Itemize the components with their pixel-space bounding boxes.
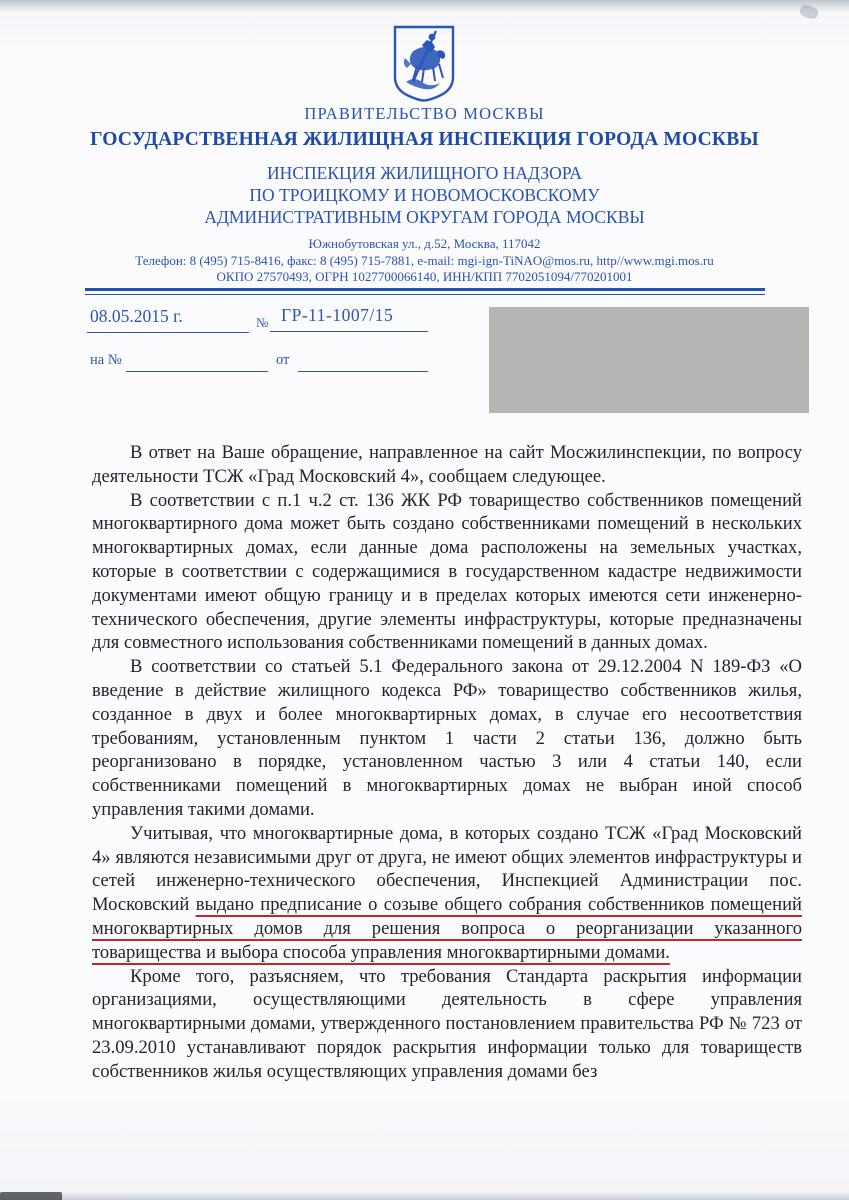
division-title: ИНСПЕКЦИЯ ЖИЛИЩНОГО НАДЗОРА ПО ТРОИЦКОМУ… <box>0 162 849 228</box>
division-title-line3: АДМИНИСТРАТИВНЫМ ОКРУГАМ ГОРОДА МОСКВЫ <box>0 206 849 228</box>
scan-edge-bottom <box>0 1191 849 1200</box>
address-line: Южнобутовская ул., д.52, Москва, 117042 <box>0 236 849 253</box>
scanned-letter-page: ПРАВИТЕЛЬСТВО МОСКВЫ ГОСУДАРСТВЕННАЯ ЖИЛ… <box>0 0 849 1200</box>
registration-line: ОКПО 27570493, ОГРН 1027700066140, ИНН/К… <box>0 269 849 286</box>
phone-line: Телефон: 8 (495) 715-8416, факс: 8 (495)… <box>0 253 849 270</box>
reply-to-underline <box>126 371 268 372</box>
reply-from-underline <box>298 371 428 372</box>
prescription-underlined-text: выдано предписание о созыве общего собра… <box>92 894 802 963</box>
paragraph-disclosure-standard: Кроме того, разъясняем, что требования С… <box>92 965 802 1084</box>
moscow-coat-of-arms-icon <box>391 24 457 102</box>
paragraph-federal-law: В соответствии со статьей 5.1 Федерально… <box>92 655 802 822</box>
contact-block: Южнобутовская ул., д.52, Москва, 117042 … <box>0 236 849 286</box>
scan-artifact-bottom-left <box>0 1192 62 1200</box>
redacted-recipient-block <box>489 307 809 413</box>
letter-date: 08.05.2015 г. <box>90 306 183 327</box>
reply-to-label: на № <box>90 352 122 369</box>
division-title-line1: ИНСПЕКЦИЯ ЖИЛИЩНОГО НАДЗОРА <box>0 162 849 184</box>
paragraph-intro: В ответ на Ваше обращение, направленное … <box>92 441 802 489</box>
reply-from-label: от <box>276 352 289 369</box>
letter-body: В ответ на Ваше обращение, направленное … <box>92 441 802 1084</box>
paragraph-prescription: Учитывая, что многоквартирные дома, в ко… <box>92 822 802 965</box>
date-underline <box>87 332 249 333</box>
paragraph-article-136: В соответствии с п.1 ч.2 ст. 136 ЖК РФ т… <box>92 489 802 656</box>
number-underline <box>270 331 428 332</box>
scan-edge-top <box>0 0 849 12</box>
number-sign: № <box>256 315 268 331</box>
letterhead-divider <box>85 288 765 295</box>
division-title-line2: ПО ТРОИЦКОМУ И НОВОМОСКОВСКОМУ <box>0 184 849 206</box>
government-title: ПРАВИТЕЛЬСТВО МОСКВЫ <box>0 104 849 124</box>
letter-number: ГР-11-1007/15 <box>281 305 393 326</box>
inspection-title: ГОСУДАРСТВЕННАЯ ЖИЛИЩНАЯ ИНСПЕКЦИЯ ГОРОД… <box>0 129 849 151</box>
